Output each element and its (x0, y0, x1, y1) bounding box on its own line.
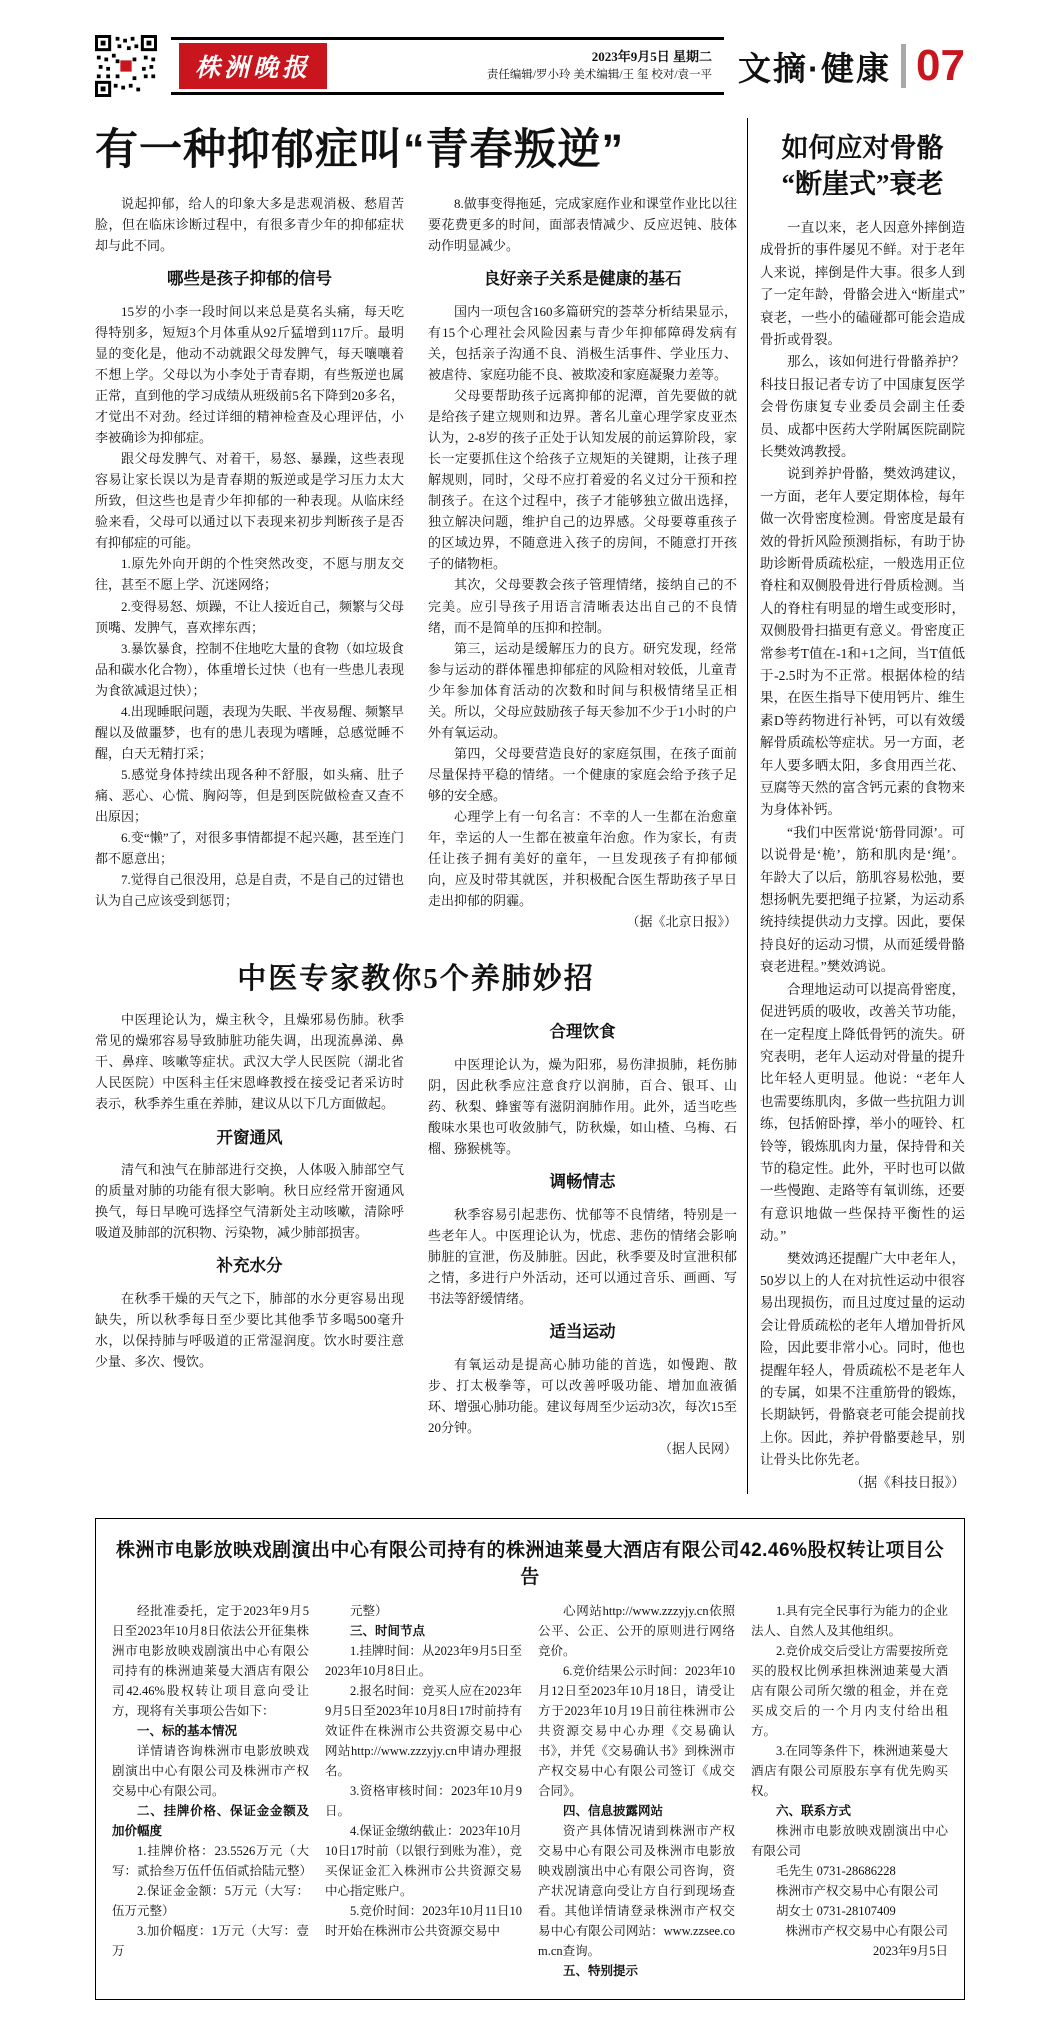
text-block: 15岁的小李一段时间以来总是莫名头痛，每天吃得特别多，短短3个月体重从92斤猛增… (95, 301, 404, 448)
depression-col-right: 8.做事变得拖延，完成家庭作业和课堂作业比以往要花费更多的时间，面部表情减少、反… (428, 193, 737, 932)
bones-headline: 如何应对骨骼“断崖式”衰老 (760, 130, 965, 203)
text-block: 3.资格审核时间：2023年10月9日。 (325, 1781, 522, 1821)
announcement-title: 株洲市电影放映戏剧演出中心有限公司持有的株洲迪莱曼大酒店有限公司42.46%股权… (112, 1535, 948, 1589)
text-block: 7.觉得自己很没用，总是自责，不是自己的过错也认为自己应该受到惩罚； (95, 869, 404, 911)
lung-col-left: 中医理论认为，燥主秋令，且燥邪易伤肺。秋季常见的燥邪容易导致肺脏功能失调，出现流… (95, 1009, 404, 1459)
text-block: 在秋季干燥的天气之下，肺部的水分更容易出现缺失，所以秋季每日至少要比其他季节多喝… (95, 1288, 404, 1372)
text-block: 资产具体情况请到株洲市产权交易中心有限公司及株洲市电影放映戏剧演出中心有限公司咨… (538, 1821, 735, 1961)
newspaper-page: 株洲晚报 2023年9月5日 星期二 责任编辑/罗小玲 美术编辑/王 玺 校对/… (0, 0, 1039, 2040)
text-block: 国内一项包含160多篇研究的荟萃分析结果显示，有15个心理社会风险因素与青少年抑… (428, 301, 737, 385)
text-block: 合理饮食 (428, 1019, 737, 1046)
text-block: 株洲市电影放映戏剧演出中心有限公司 (751, 1821, 948, 1861)
bones-body: 一直以来，老人因意外摔倒造成骨折的事件屡见不鲜。对于老年人来说，摔倒是件大事。很… (760, 217, 965, 1494)
text-block: 6.变“懒”了，对很多事情都提不起兴趣，甚至连门都不愿意出； (95, 827, 404, 869)
lung-col-right: 合理饮食中医理论认为，燥为阳邪，易伤津损肺，耗伤肺阴，因此秋季应注意食疗以润肺，… (428, 1009, 737, 1459)
text-block: 3.暴饮暴食，控制不住地吃大量的食物（如垃圾食品和碳水化合物），体重增长过快（也… (95, 638, 404, 701)
text-block: 心网站http://www.zzzyjy.cn依照公平、公正、公开的原则进行网络… (538, 1601, 735, 1661)
text-block: 毛先生 0731-28686228 (751, 1861, 948, 1881)
text-block: （据《科技日报》） (760, 1472, 965, 1494)
column-rule (747, 118, 748, 1494)
text-block: 3.加价幅度：1万元（大写：壹万 (112, 1921, 309, 1961)
text-block: “我们中医常说‘筋骨同源’。可以说骨是‘桅’，筋和肌肉是‘绳’。年龄大了以后，筋… (760, 822, 965, 979)
text-block: 中医理论认为，燥为阳邪，易伤津损肺，耗伤肺阴，因此秋季应注意食疗以润肺，百合、银… (428, 1054, 737, 1159)
text-block: 2.报名时间：竞买人应在2023年9月5日至2023年10月8日17时前持有效证… (325, 1681, 522, 1781)
announcement-col-3: 心网站http://www.zzzyjy.cn依照公平、公正、公开的原则进行网络… (538, 1601, 735, 1981)
text-block: 第三，运动是缓解压力的良方。研究发现，经常参与运动的群体罹患抑郁症的风险相对较低… (428, 638, 737, 743)
text-block: 株洲市产权交易中心有限公司 (751, 1921, 948, 1941)
qr-code-icon (95, 35, 157, 97)
text-block: 8.做事变得拖延，完成家庭作业和课堂作业比以往要花费更多的时间，面部表情减少、反… (428, 193, 737, 256)
text-block: 胡女士 0731-28107409 (751, 1901, 948, 1921)
text-block: 1.具有完全民事行为能力的企业法人、自然人及其他组织。 (751, 1601, 948, 1641)
page-number: 07 (916, 44, 965, 88)
text-block: 4.保证金缴纳截止：2023年10月10日17时前（以银行到账为准），竞买保证金… (325, 1821, 522, 1901)
date-line: 2023年9月5日 星期二 (487, 48, 712, 67)
text-block: 清气和浊气在肺部进行交换，人体吸入肺部空气的质量对肺的功能有很大影响。秋日应经常… (95, 1159, 404, 1243)
header-meta: 2023年9月5日 星期二 责任编辑/罗小玲 美术编辑/王 玺 校对/袁一平 (487, 48, 712, 84)
text-block: 调畅情志 (428, 1169, 737, 1196)
announcement-col-4: 1.具有完全民事行为能力的企业法人、自然人及其他组织。2.竞价成交后受让方需要按… (751, 1601, 948, 1981)
text-block: 那么，该如何进行骨骼养护？科技日报记者专访了中国康复医学会骨伤康复专业委员会副主… (760, 351, 965, 463)
text-block: 一直以来，老人因意外摔倒造成骨折的事件屡见不鲜。对于老年人来说，摔倒是件大事。很… (760, 217, 965, 351)
text-block: 有氧运动是提高心肺功能的首选，如慢跑、散步、打太极拳等，可以改善呼吸功能、增加血… (428, 1354, 737, 1438)
text-block: 元整） (325, 1601, 522, 1621)
text-block: 开窗通风 (95, 1125, 404, 1152)
text-block: 2.保证金金额：5万元（大写：伍万元整） (112, 1881, 309, 1921)
text-block: 6.竞价结果公示时间：2023年10月12日至2023年10月18日，请受让方于… (538, 1661, 735, 1801)
text-block: 1.原先外向开朗的个性突然改变，不愿与朋友交往，甚至不愿上学、沉迷网络； (95, 553, 404, 595)
announcement-box: 株洲市电影放映戏剧演出中心有限公司持有的株洲迪莱曼大酒店有限公司42.46%股权… (95, 1518, 965, 2000)
text-block: 说到养护骨骼，樊效鸿建议，一方面，老年人要定期体检，每年做一次骨密度检测。骨密度… (760, 463, 965, 822)
text-block: 3.在同等条件下，株洲迪莱曼大酒店有限公司原股东享有优先购买权。 (751, 1741, 948, 1801)
depression-headline: 有一种抑郁症叫“青春叛逆” (95, 116, 737, 177)
text-block: 中医理论认为，燥主秋令，且燥邪易伤肺。秋季常见的燥邪容易导致肺脏功能失调，出现流… (95, 1009, 404, 1114)
section-title: 文摘·健康 (738, 43, 891, 90)
announcement-col-2: 元整）三、时间节点1.挂牌时间：从2023年9月5日至2023年10月8日止。2… (325, 1601, 522, 1981)
text-block: 三、时间节点 (325, 1621, 522, 1641)
announcement-col-1: 经批准委托，定于2023年9月5日至2023年10月8日依法公开征集株洲市电影放… (112, 1601, 309, 1981)
text-block: 2023年9月5日 (751, 1941, 948, 1961)
text-block: 第四，父母要营造良好的家庭氛围，在孩子面前尽量保持平稳的情绪。一个健康的家庭会给… (428, 743, 737, 806)
text-block: 2.竞价成交后受让方需要按所竞买的股权比例承担株洲迪莱曼大酒店有限公司所欠缴的租… (751, 1641, 948, 1741)
text-block: 1.挂牌时间：从2023年9月5日至2023年10月8日止。 (325, 1641, 522, 1681)
text-block: 说起抑郁，给人的印象大多是悲观消极、愁眉苦脸，但在临床诊断过程中，有很多青少年的… (95, 193, 404, 256)
text-block: 一、标的基本情况 (112, 1721, 309, 1741)
text-block: 心理学上有一句名言：不幸的人一生都在治愈童年，幸运的人一生都在被童年治愈。作为家… (428, 806, 737, 911)
text-block: 其次，父母要教会孩子管理情绪，接纳自己的不完美。应引导孩子用语言清晰表达出自己的… (428, 574, 737, 637)
articles-area: 有一种抑郁症叫“青春叛逆” 说起抑郁，给人的印象大多是悲观消极、愁眉苦脸，但在临… (95, 114, 965, 1494)
text-block: 良好亲子关系是健康的基石 (428, 266, 737, 293)
text-block: 跟父母发脾气、对着干，易怒、暴躁，这些表现容易让家长误以为是青春期的叛逆或是学习… (95, 448, 404, 553)
text-block: 株洲市产权交易中心有限公司 (751, 1881, 948, 1901)
main-column: 有一种抑郁症叫“青春叛逆” 说起抑郁，给人的印象大多是悲观消极、愁眉苦脸，但在临… (95, 114, 737, 1494)
page-header: 株洲晚报 2023年9月5日 星期二 责任编辑/罗小玲 美术编辑/王 玺 校对/… (95, 30, 965, 102)
text-block: 5.感觉身体持续出现各种不舒服，如头痛、肚子痛、恶心、心慌、胸闷等，但是到医院做… (95, 764, 404, 827)
text-block: 4.出现睡眠问题，表现为失眠、半夜易醒、频繁早醒以及做噩梦，也有的患儿表现为嗜睡… (95, 701, 404, 764)
text-block: 五、特别提示 (538, 1961, 735, 1981)
text-block: 秋季容易引起悲伤、忧郁等不良情绪，特别是一些老年人。中医理论认为，忧虑、悲伤的情… (428, 1204, 737, 1309)
text-block: 经批准委托，定于2023年9月5日至2023年10月8日依法公开征集株洲市电影放… (112, 1601, 309, 1721)
article-bones: 如何应对骨骼“断崖式”衰老 一直以来，老人因意外摔倒造成骨折的事件屡见不鲜。对于… (760, 114, 965, 1494)
text-block: 父母要帮助孩子远离抑郁的泥潭，首先要做的就是给孩子建立规则和边界。著名儿童心理学… (428, 385, 737, 574)
lung-headline: 中医专家教你5个养肺妙招 (95, 956, 737, 997)
article-depression: 有一种抑郁症叫“青春叛逆” 说起抑郁，给人的印象大多是悲观消极、愁眉苦脸，但在临… (95, 116, 737, 932)
editors-line: 责任编辑/罗小玲 美术编辑/王 玺 校对/袁一平 (487, 67, 712, 84)
text-block: 1.挂牌价格：23.5526万元（大写：贰拾叁万伍仟伍佰贰拾陆元整） (112, 1841, 309, 1881)
text-block: （据人民网） (428, 1438, 737, 1459)
masthead-strip: 株洲晚报 2023年9月5日 星期二 责任编辑/罗小玲 美术编辑/王 玺 校对/… (171, 37, 724, 95)
header-divider (901, 44, 906, 88)
text-block: 樊效鸿还提醒广大中老年人，50岁以上的人在对抗性运动中很容易出现损伤，而且过度过… (760, 1248, 965, 1472)
text-block: 补充水分 (95, 1253, 404, 1280)
text-block: 2.变得易怒、烦躁，不让人接近自己，频繁与父母顶嘴、发脾气，喜欢摔东西； (95, 596, 404, 638)
text-block: 六、联系方式 (751, 1801, 948, 1821)
text-block: （据《北京日报》） (428, 911, 737, 932)
text-block: 哪些是孩子抑郁的信号 (95, 266, 404, 293)
newspaper-logo: 株洲晚报 (179, 43, 327, 89)
text-block: 5.竞价时间：2023年10月11日10时开始在株洲市公共资源交易中 (325, 1901, 522, 1941)
text-block: 四、信息披露网站 (538, 1801, 735, 1821)
text-block: 详情请咨询株洲市电影放映戏剧演出中心有限公司及株洲市产权交易中心有限公司。 (112, 1741, 309, 1801)
text-block: 合理地运动可以提高骨密度，促进钙质的吸收，改善关节功能，在一定程度上降低骨钙的流… (760, 979, 965, 1248)
article-lung: 中医专家教你5个养肺妙招 中医理论认为，燥主秋令，且燥邪易伤肺。秋季常见的燥邪容… (95, 956, 737, 1459)
depression-col-left: 说起抑郁，给人的印象大多是悲观消极、愁眉苦脸，但在临床诊断过程中，有很多青少年的… (95, 193, 404, 932)
text-block: 适当运动 (428, 1319, 737, 1346)
text-block: 二、挂牌价格、保证金金额及加价幅度 (112, 1801, 309, 1841)
